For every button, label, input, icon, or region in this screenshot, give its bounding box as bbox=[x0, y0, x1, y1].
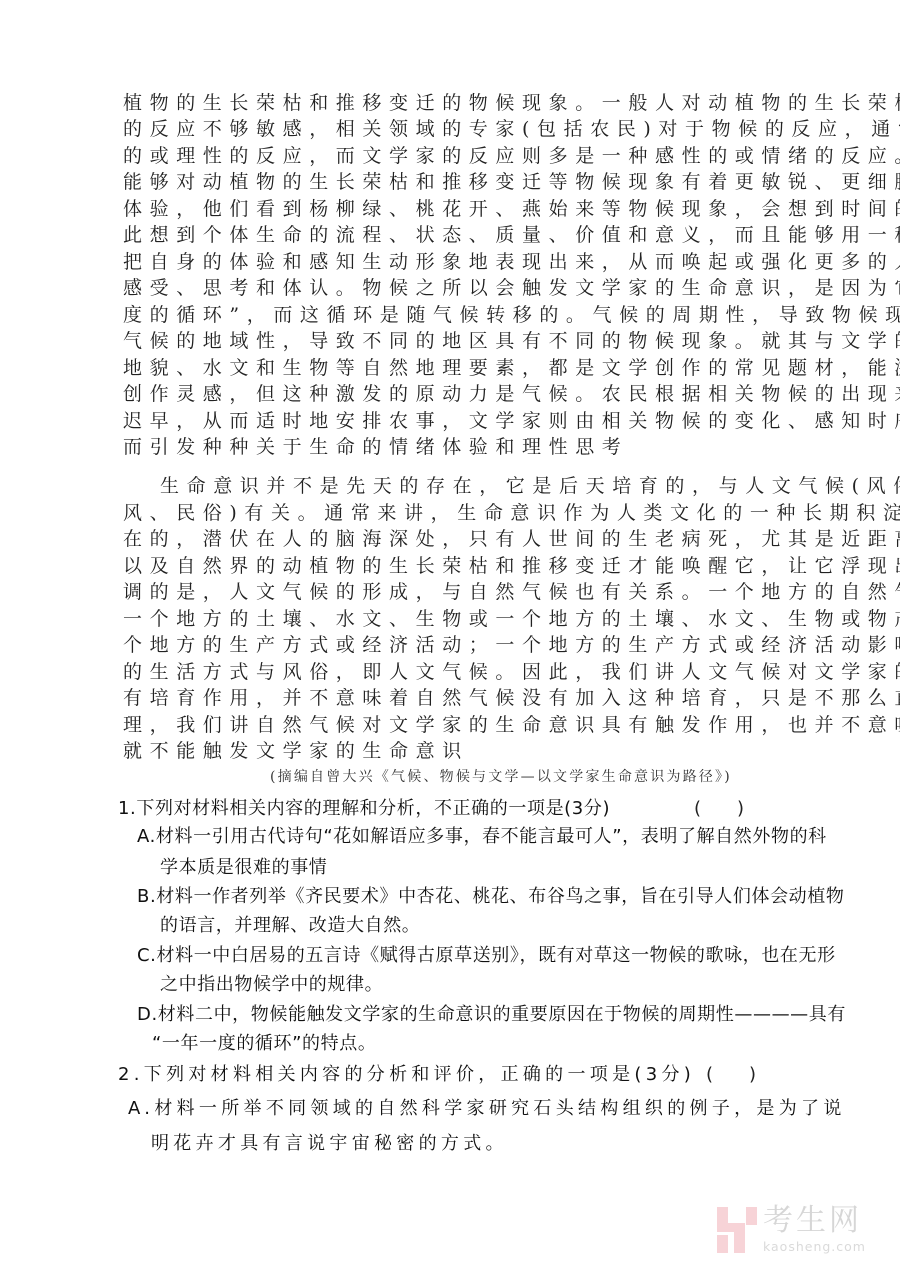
passage-line: 把自身的体验和感知生动形象地表现出来，从而唤起或强化更多的人对于生命的 bbox=[123, 249, 768, 275]
passage-line: 地貌、水文和生物等自然地理要素，都是文学创作的常见题材，能激发文学家的 bbox=[123, 355, 768, 381]
passage-line: 而引发种种关于生命的情绪体验和理性思考 bbox=[123, 434, 768, 460]
option-line: B.材料一作者列举《齐民要术》中杏花、桃花、布谷鸟之事，旨在引导人们体会动植物 bbox=[137, 884, 782, 910]
passage-line: 植物的生长荣枯和推移变迁的物候现象。一般人对动植物的生长荣枯和推移变迁 bbox=[123, 90, 768, 116]
passage-line: 就不能触发文学家的生命意识 bbox=[123, 738, 768, 764]
passage-line: 调的是，人文气候的形成，与自然气候也有关系。一个地方的自然气候，影响到 bbox=[123, 579, 768, 605]
passage-line: 一个地方的土壤、水文、生物或一个地方的土壤、水文、生物或物产，影响到一 bbox=[123, 606, 768, 632]
passage-line: 度的循环”，而这循环是随气候转移的。气候的周期性，导致物候现象的发生； bbox=[123, 302, 768, 328]
passage-line: 气候的地域性，导致不同的地区具有不同的物候现象。就其与文学的关系而言， bbox=[123, 328, 768, 354]
passage-line: 的或理性的反应，而文学家的反应则多是一种感性的或情绪的反应。文学家不仅 bbox=[123, 143, 768, 169]
passage-line: 此想到个体生命的流程、状态、质量、价值和意义，而且能够用一种诗化的形式， bbox=[123, 222, 768, 248]
passage-line: 个地方的生产方式或经济活动；一个地方的生产方式或经济活动影响到一个地方 bbox=[123, 632, 768, 658]
passage-line: 以及自然界的动植物的生长荣枯和推移变迁才能唤醒它，让它浮现出来。需要强 bbox=[123, 553, 768, 579]
passage-line: 能够对动植物的生长荣枯和推移变迁等物候现象有着更敏锐、更细腻、更强烈的 bbox=[123, 169, 768, 195]
passage-line: 感受、思考和体认。物候之所以会触发文学家的生命意识，是因为它有“一年一 bbox=[123, 275, 768, 301]
passage-line: 在的，潜伏在人的脑海深处，只有人世间的生老病死，尤其是近距离的生老病死， bbox=[123, 526, 768, 552]
answer-bracket[interactable]: ( ) bbox=[706, 1062, 756, 1088]
passage-line: 风、民俗)有关。通常来讲，生命意识作为人类文化的一种长期积淀，它是已然存 bbox=[123, 500, 768, 526]
option-line: D.材料二中，物候能触发文学家的生命意识的重要原因在于物候的周期性————具有 bbox=[137, 1002, 782, 1028]
watermark-cn-text: 考生网 bbox=[763, 1203, 862, 1239]
answer-bracket[interactable]: ( ) bbox=[694, 796, 744, 822]
option-line: 学本质是很难的事情 bbox=[160, 855, 805, 881]
option-line: A.材料一引用古代诗句“花如解语应多事，春不能言最可人”，表明了解自然外物的科 bbox=[137, 824, 782, 850]
question-stem: 1.下列对材料相关内容的理解和分析，不正确的一项是(3分) bbox=[118, 796, 763, 822]
passage-line: 迟早，从而适时地安排农事，文学家则由相关物候的变化、感知时序的更替，从 bbox=[123, 408, 768, 434]
option-line: 之中指出物候学中的规律。 bbox=[160, 972, 805, 998]
passage-line: 理，我们讲自然气候对文学家的生命意识具有触发作用，也并不意味着人文气候 bbox=[123, 712, 768, 738]
passage-line: 的生活方式与风俗，即人文气候。因此，我们讲人文气候对文学家的生命意识具 bbox=[123, 659, 768, 685]
option-line: 明花卉才具有言说宇宙秘密的方式。 bbox=[151, 1131, 796, 1157]
option-line: 的语言，并理解、改造大自然。 bbox=[160, 913, 805, 939]
passage-source-citation: (摘编自曾大兴《气候、物候与文学—以文学家生命意识为路径》) bbox=[270, 767, 732, 787]
option-line: A.材料一所举不同领域的自然科学家研究石头结构组织的例子，是为了说 bbox=[128, 1096, 773, 1122]
option-line: “一年一度的循环”的特点。 bbox=[152, 1031, 797, 1057]
question-stem: 2.下列对材料相关内容的分析和评价，正确的一项是(3分) bbox=[118, 1062, 763, 1088]
kaosheng-logo-icon bbox=[717, 1207, 757, 1253]
passage-line: 体验，他们看到杨柳绿、桃花开、燕始来等物候现象，会想到时间的流逝，并由 bbox=[123, 196, 768, 222]
option-line: C.材料一中白居易的五言诗《赋得古原草送别》，既有对草这一物候的歌咏，也在无形 bbox=[137, 943, 782, 969]
watermark: 考生网 kaosheng.com bbox=[717, 1205, 887, 1260]
passage-line: 生命意识并不是先天的存在，它是后天培育的，与人文气候(风俗、风气、民 bbox=[160, 473, 805, 499]
passage-line: 创作灵感，但这种激发的原动力是气候。农民根据相关物候的出现来判断季节的 bbox=[123, 381, 768, 407]
exam-page: 植物的生长荣枯和推移变迁的物候现象。一般人对动植物的生长荣枯和推移变迁 的反应不… bbox=[0, 0, 900, 1273]
watermark-en-text: kaosheng.com bbox=[763, 1240, 866, 1254]
passage-line: 的反应不够敏感，相关领域的专家(包括农民)对于物候的反应，通常是一种知性 bbox=[123, 116, 768, 142]
passage-line: 有培育作用，并不意味着自然气候没有加入这种培育，只是不那么直接而已。同 bbox=[123, 685, 768, 711]
